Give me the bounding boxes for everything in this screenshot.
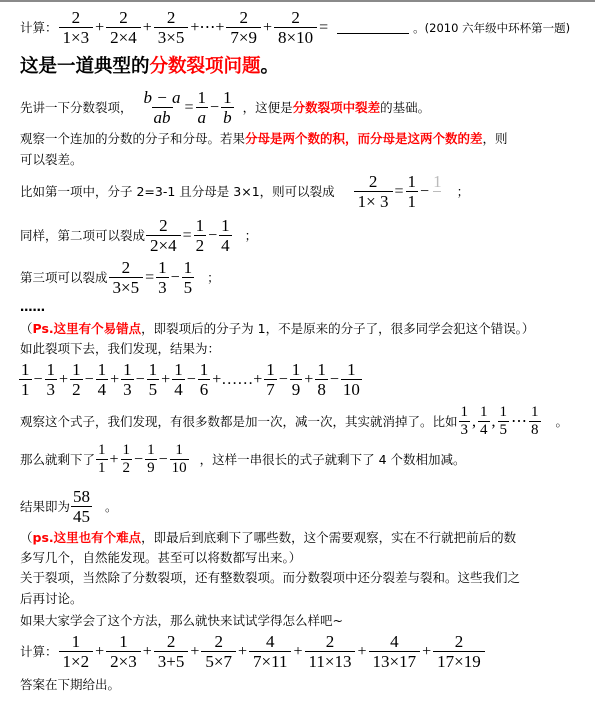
problem-line: 计算： 21×3 + 22×4 + 23×5 +⋯+ 27×9 + 28×10 … — [20, 8, 570, 47]
fraction: 22×4 — [146, 216, 181, 255]
note1-line: （Ps.这里有个易错点，即裂项后的分子为 1，不是原来的分子了，很多同学会犯这个… — [20, 320, 534, 338]
answer-blank — [337, 21, 409, 34]
fraction: 15 — [182, 258, 195, 297]
operator: + — [190, 643, 199, 661]
fraction: 23+5 — [154, 632, 189, 671]
fraction: b − aab — [142, 88, 183, 127]
operator: − — [279, 371, 288, 389]
fraction: 12 — [121, 442, 133, 477]
fraction: 14 — [478, 404, 490, 439]
fraction: 23×5 — [109, 258, 144, 297]
operator: − — [34, 371, 43, 389]
fraction: 13 — [156, 258, 169, 297]
note1-highlight: Ps.这里有个易错点 — [33, 320, 142, 338]
example2-line: 同样，第二项可以裂成 22×4 = 12 − 14 ； — [20, 216, 257, 255]
operator: + — [95, 643, 104, 661]
remaining-line: 那么就剩下了 11+12−19−110 ，这样一串很长的式子就剩下了 4 个数相… — [20, 442, 466, 477]
ellipsis: …… — [20, 298, 45, 316]
operator: + — [59, 371, 68, 389]
operator: +……+ — [212, 371, 262, 389]
fraction: 13 — [45, 360, 58, 399]
fraction: 16 — [198, 360, 211, 399]
about-line-2: 后再讨论。 — [20, 590, 83, 608]
observe-highlight: 分母是两个数的积，而分母是这两个数的差 — [245, 130, 483, 148]
fraction: 18 — [315, 360, 328, 399]
fraction: 22×4 — [106, 8, 141, 47]
fraction: 18 — [529, 404, 541, 439]
fraction: 28×10 — [274, 8, 317, 47]
problem-source: 。(2010 六年级中环杯第一题) — [413, 19, 570, 37]
fraction: 217×19 — [433, 632, 485, 671]
fraction: 25×7 — [201, 632, 236, 671]
fraction: 13 — [121, 360, 134, 399]
fraction: 11 — [96, 442, 108, 477]
operator: + — [357, 643, 366, 661]
note2-line: （ps.这里也有个难点，即最后到底剩下了哪些数，这个需要观察，实在不行就把前后的… — [20, 529, 516, 547]
operator: − — [187, 371, 196, 389]
fraction: 14 — [172, 360, 185, 399]
example1-line: 比如第一项中，分子 2=3-1 且分母是 3×1，则可以裂成 21× 3 = 1… — [20, 172, 469, 211]
fraction: 17 — [264, 360, 277, 399]
operator: + — [238, 643, 247, 661]
fraction: 1b — [221, 88, 234, 127]
clipped-fraction: 1 — [431, 172, 444, 211]
fraction: 14 — [219, 216, 232, 255]
result-line: 结果即为 5845 。 — [20, 487, 118, 526]
fraction: 14 — [96, 360, 109, 399]
operator: + — [422, 643, 431, 661]
operator: + — [143, 643, 152, 661]
example3-line: 第三项可以裂成 23×5 = 13 − 15 ； — [20, 258, 220, 297]
exercise-line: 计算： 11×2+12×3+23+5+25×7+47×11+211×13+413… — [20, 632, 486, 671]
fraction: 12 — [70, 360, 83, 399]
fraction: 12×3 — [106, 632, 141, 671]
fraction: 21× 3 — [354, 172, 393, 211]
continue-line: 如此裂项下去，我们发现，结果为： — [20, 340, 220, 358]
fraction: 15 — [147, 360, 160, 399]
fraction: 110 — [170, 442, 189, 477]
fraction: 413×17 — [369, 632, 421, 671]
fraction: 1a — [196, 88, 209, 127]
observe-line: 观察一个连加的分数的分子和分母。若果分母是两个数的积，而分母是这两个数的差，则 — [20, 130, 508, 148]
fraction: 15 — [498, 404, 510, 439]
fraction: 19 — [145, 442, 157, 477]
fraction: 11 — [406, 172, 419, 211]
note2-highlight: ps.这里也有个难点 — [33, 529, 142, 547]
fraction: 12 — [194, 216, 207, 255]
expansion-line: 11−13+12−14+13−15+14−16+……+17−19+18−110 — [18, 360, 363, 399]
intro-line: 先讲一下分数裂项， b − aab = 1a − 1b ，这便是分数裂项中裂差的… — [20, 88, 430, 127]
operator: − — [136, 371, 145, 389]
fraction: 13 — [459, 404, 471, 439]
operator: + — [304, 371, 313, 389]
fraction: 19 — [290, 360, 303, 399]
heading-highlight: 分数裂项问题 — [150, 58, 261, 76]
observe-line-2: 可以裂差。 — [20, 151, 83, 169]
fraction: 47×11 — [249, 632, 291, 671]
answer-note: 答案在下期给出。 — [20, 676, 120, 694]
fraction: 21×3 — [59, 8, 94, 47]
operator: + — [161, 371, 170, 389]
operator: − — [330, 371, 339, 389]
operator: + — [293, 643, 302, 661]
problem-label: 计算： — [20, 19, 58, 37]
operator: − — [159, 451, 168, 469]
operator: + — [110, 451, 119, 469]
result-fraction: 5845 — [71, 487, 92, 526]
fraction: 23×5 — [154, 8, 189, 47]
operator: − — [85, 371, 94, 389]
try-line: 如果大家学会了这个方法，那么就快来试试学得怎么样吧~ — [20, 612, 343, 630]
fraction: 110 — [341, 360, 362, 399]
note2-line-2: 多写几个，自然能发现。甚至可以将数都写出来。） — [20, 549, 301, 567]
operator: + — [110, 371, 119, 389]
fraction: 211×13 — [305, 632, 356, 671]
heading: 这是一道典型的分数裂项问题。 — [20, 58, 279, 76]
operator: − — [134, 451, 143, 469]
fraction: 27×9 — [226, 8, 261, 47]
intro-highlight: 分数裂项中裂差 — [293, 99, 381, 117]
about-line: 关于裂项，当然除了分数裂项，还有整数裂项。而分数裂项中还分裂差与裂和。这些我们之 — [20, 569, 520, 587]
cancel-line: 观察这个式子，我们发现，有很多数都是加一次，减一次，其实就消掉了。比如 13, … — [20, 404, 568, 439]
fraction: 11 — [19, 360, 32, 399]
fraction: 11×2 — [59, 632, 94, 671]
